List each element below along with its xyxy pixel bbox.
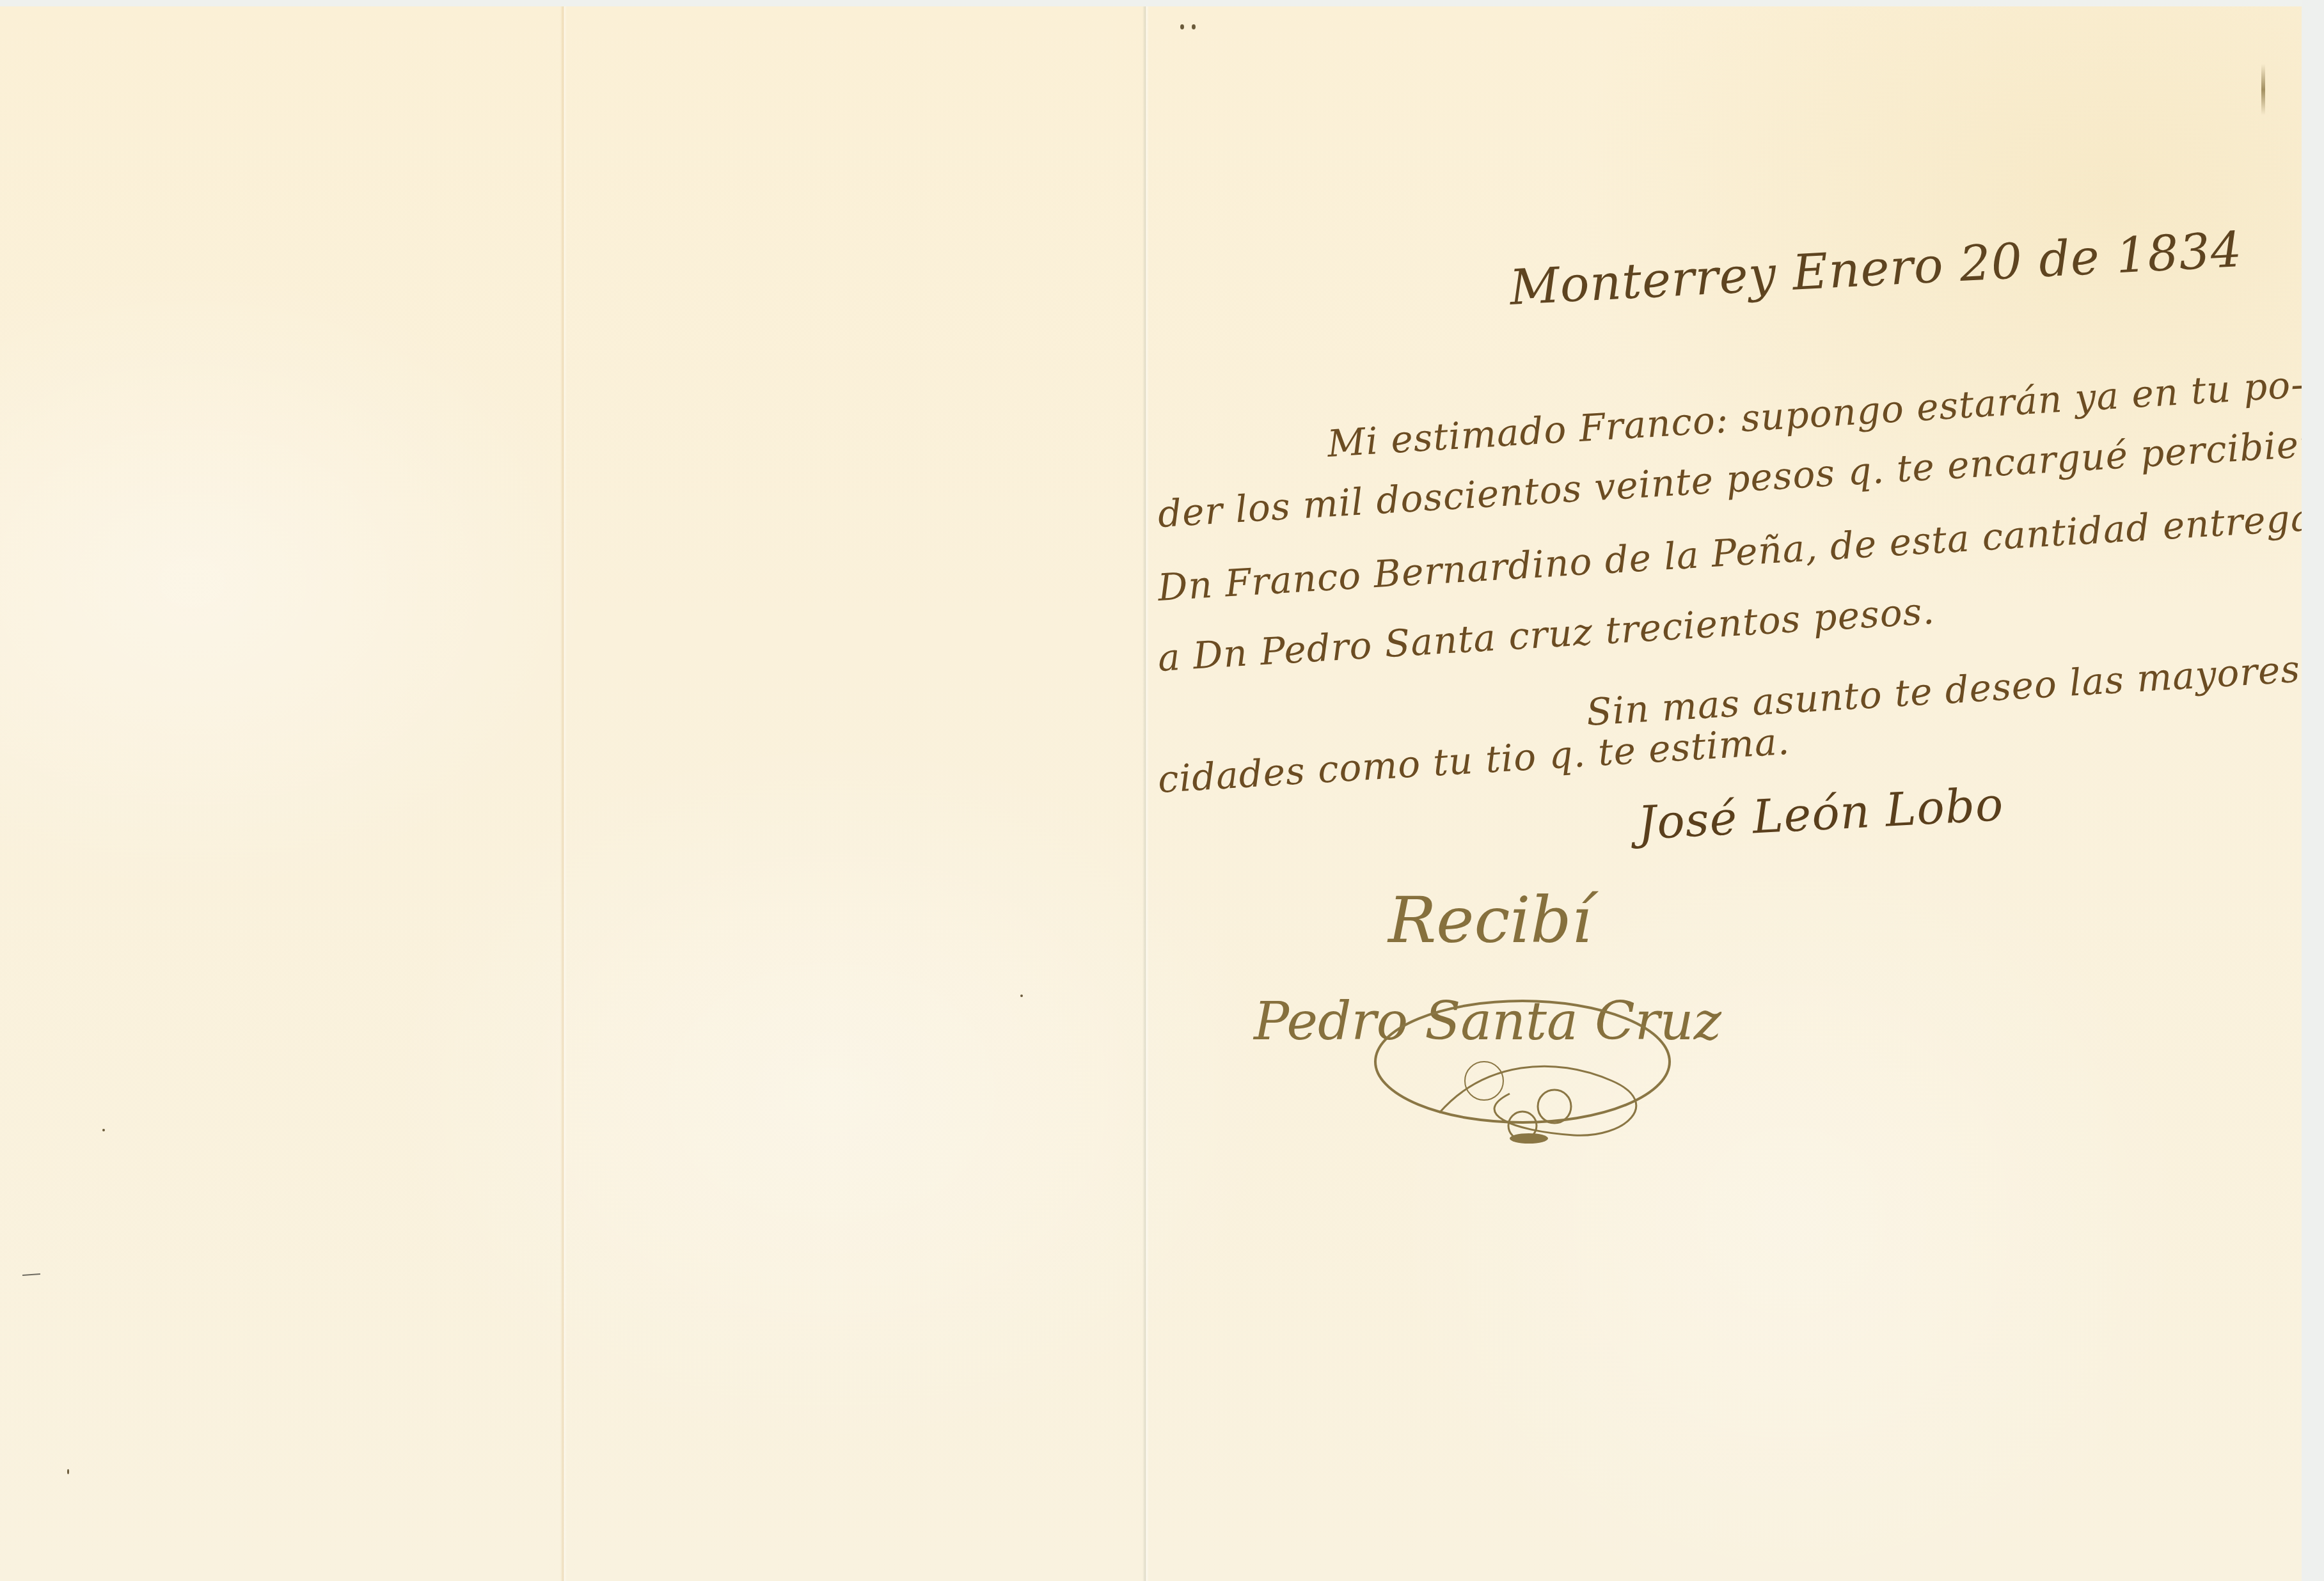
paper-scratch bbox=[22, 1273, 40, 1276]
fold-line-center bbox=[1142, 6, 1149, 1581]
scan-top-border bbox=[0, 0, 2324, 6]
letter-paper: Monterrey Enero 20 de 1834 Mi estimado F… bbox=[0, 6, 2302, 1581]
letter-line-5: Sin mas asunto te deseo las mayores feli… bbox=[1585, 641, 2302, 734]
scan-right-border bbox=[2302, 0, 2324, 1581]
author-signature: José León Lobo bbox=[1636, 777, 2005, 850]
ink-speck bbox=[67, 1469, 69, 1474]
place-date-heading: Monterrey Enero 20 de 1834 bbox=[1508, 221, 2244, 316]
ink-speck bbox=[1192, 24, 1196, 29]
paper-stain bbox=[2261, 64, 2265, 115]
ink-speck bbox=[102, 1129, 105, 1131]
receipt-endorsement-recibi: Recibí bbox=[1388, 883, 1592, 957]
ink-speck bbox=[1180, 24, 1184, 29]
letter-line-6: cidades como tu tio q. te estima. bbox=[1157, 720, 1791, 801]
letter-line-4: a Dn Pedro Santa cruz trecientos pesos. bbox=[1157, 589, 1936, 680]
fold-line-left bbox=[560, 6, 567, 1581]
signature-flourish-icon bbox=[1343, 985, 1702, 1151]
ink-speck bbox=[1020, 995, 1023, 997]
